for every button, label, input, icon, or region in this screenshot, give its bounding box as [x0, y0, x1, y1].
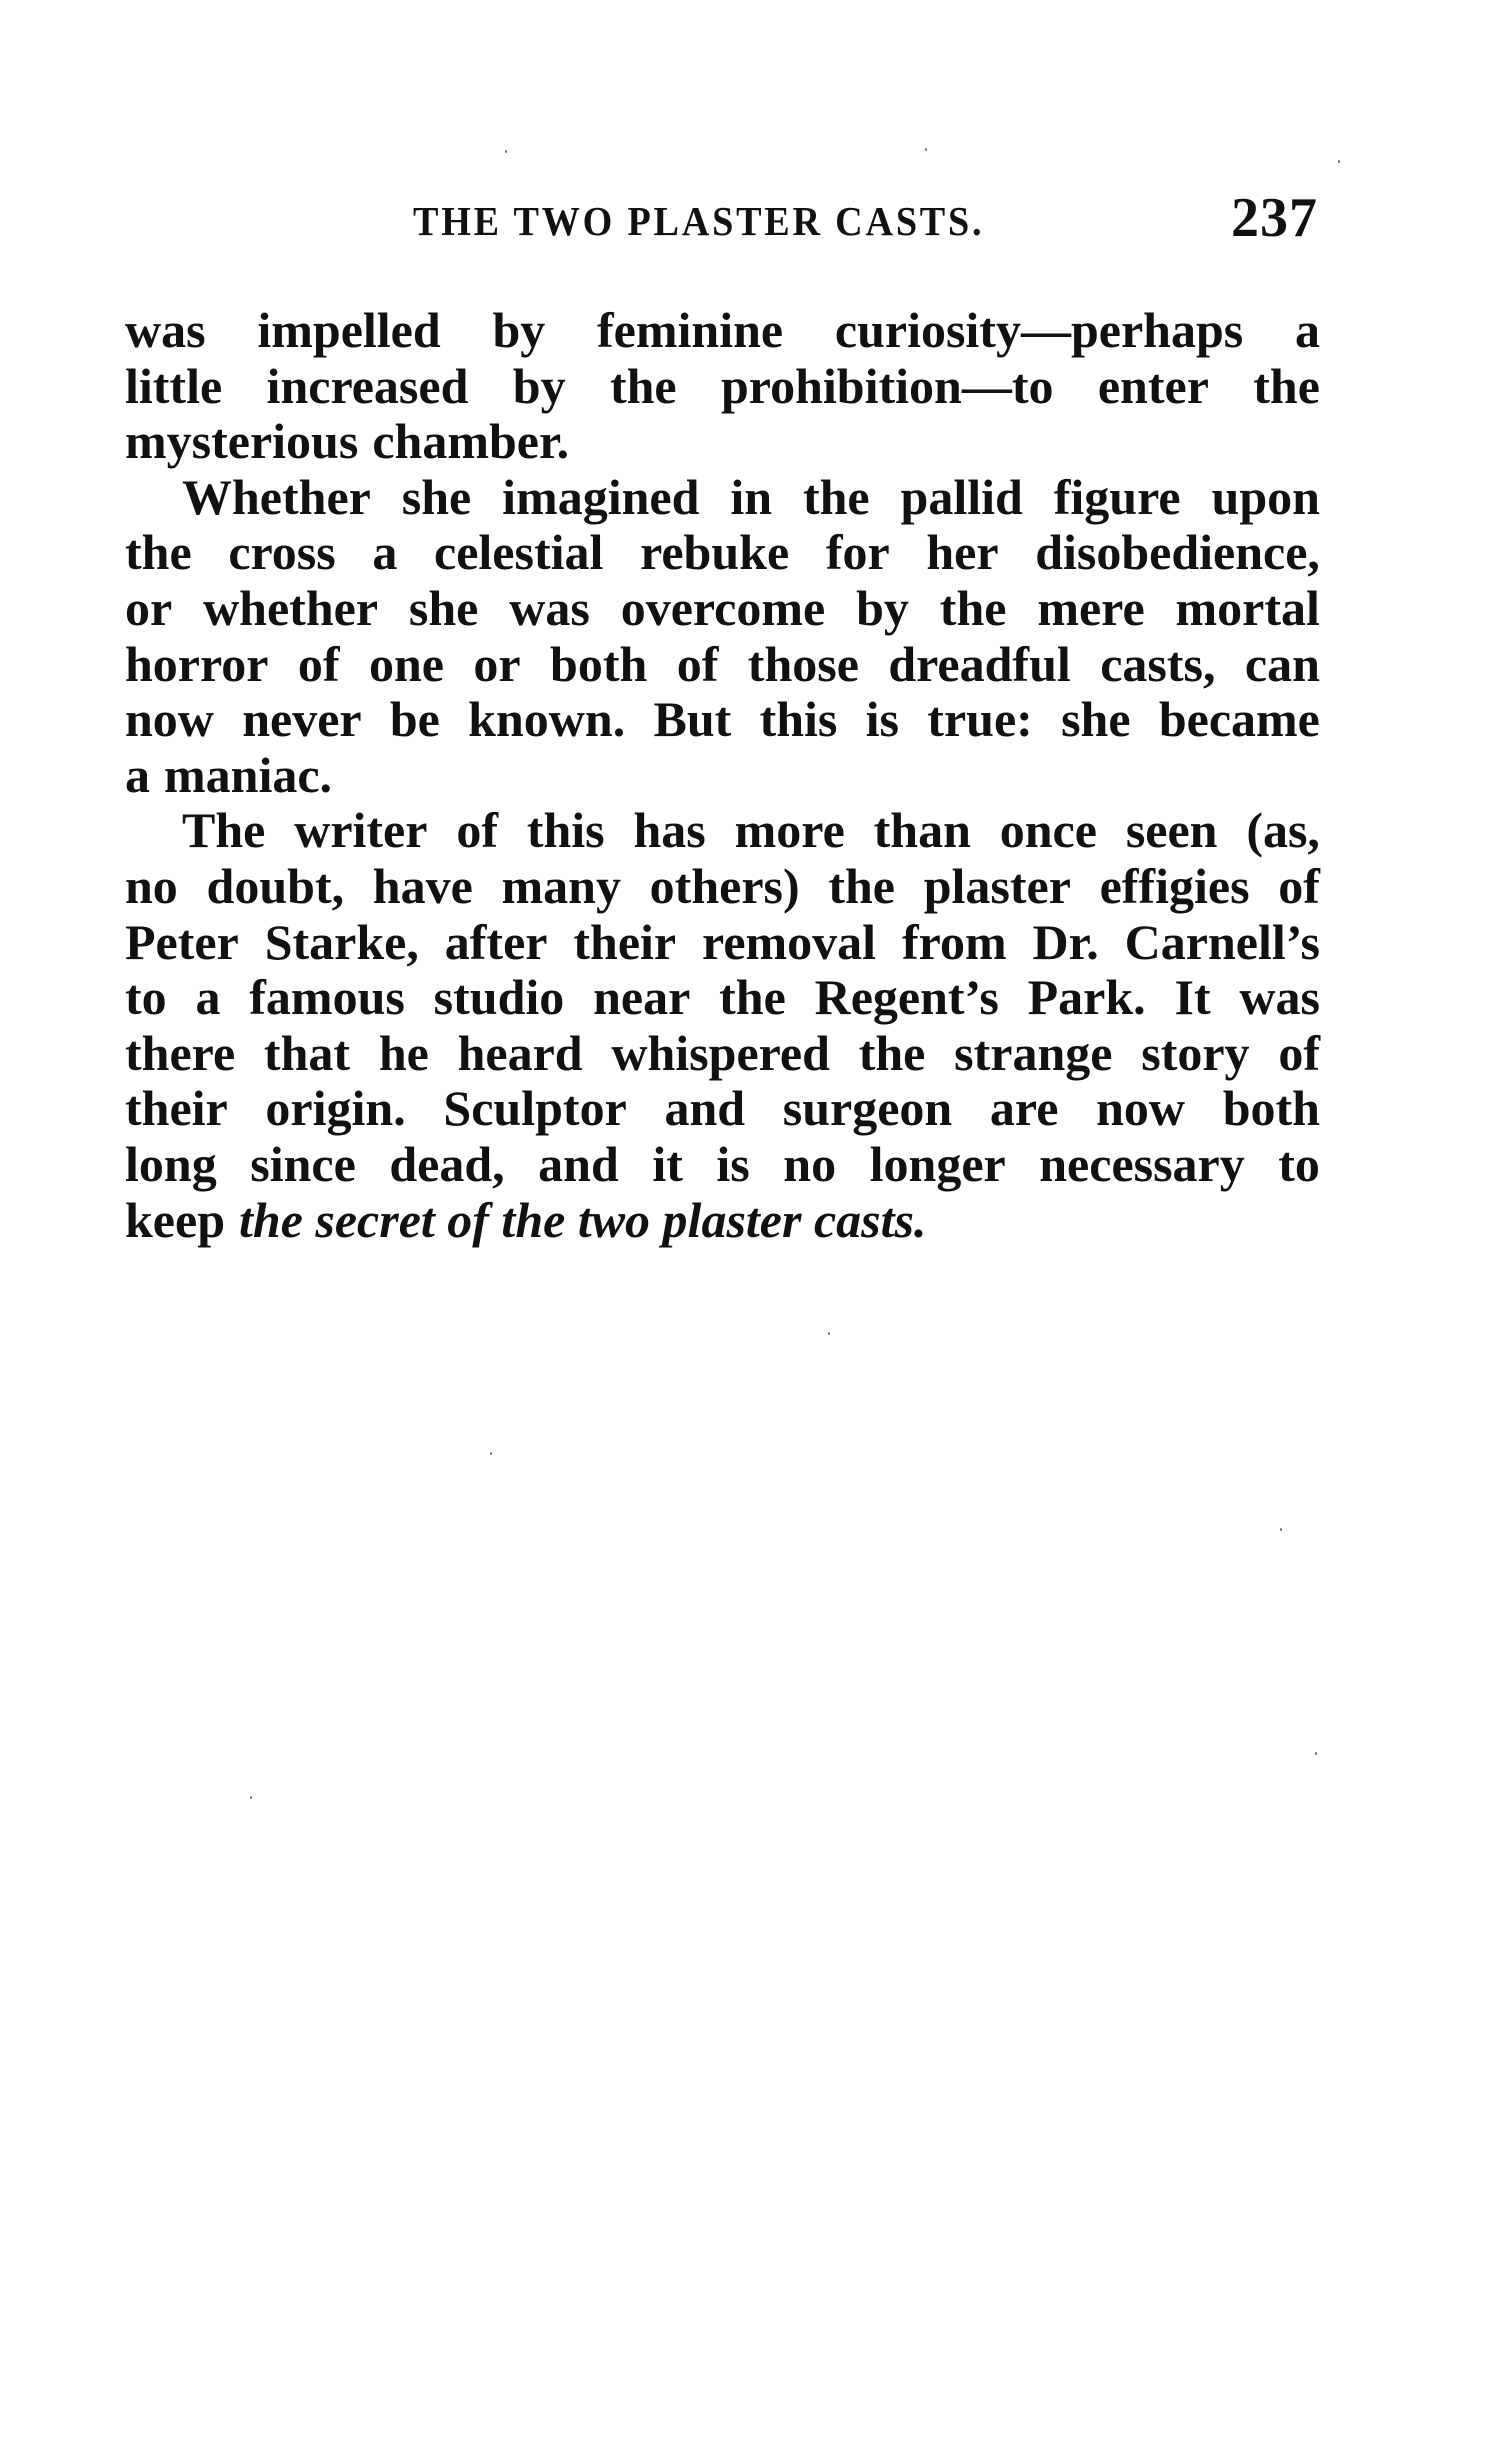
- text-line: horrorofoneorbothofthosedreadfulcasts,ca…: [125, 637, 1320, 693]
- word: increased: [267, 359, 469, 415]
- word: was: [1239, 970, 1320, 1026]
- word: a: [125, 748, 150, 804]
- text-line: nowneverbeknown.Butthisistrue:shebecame: [125, 692, 1320, 748]
- final-line-italic: the secret of the two plaster casts.: [239, 1193, 926, 1249]
- word: whether: [203, 581, 378, 637]
- word: once: [1000, 803, 1097, 859]
- text-line: wasimpelledbyfemininecuriosity—perhapsa: [125, 303, 1320, 359]
- word: there: [125, 1026, 235, 1082]
- final-text-line: keep the secret of the two plaster casts…: [125, 1193, 1320, 1249]
- word: chamber.: [372, 414, 569, 470]
- word: cross: [228, 525, 335, 581]
- word: celestial: [434, 525, 603, 581]
- word: Whether: [182, 470, 371, 526]
- word: But: [653, 692, 731, 748]
- running-title: THE TWO PLASTER CASTS.: [413, 196, 984, 246]
- word: heard: [458, 1026, 583, 1082]
- word: near: [593, 970, 690, 1026]
- word: the: [610, 359, 677, 415]
- word: casts,: [1100, 637, 1215, 693]
- word: doubt,: [207, 859, 345, 915]
- word: (as,: [1246, 803, 1320, 859]
- word: story: [1141, 1026, 1249, 1082]
- word: studio: [434, 970, 565, 1026]
- word: the: [719, 970, 786, 1026]
- word: be: [390, 692, 440, 748]
- word: Carnell’s: [1125, 915, 1320, 971]
- word: a: [195, 970, 220, 1026]
- word: Starke,: [265, 915, 419, 971]
- word: The: [182, 803, 265, 859]
- word: it: [652, 1137, 683, 1193]
- word: mortal: [1176, 581, 1320, 637]
- final-line-roman: keep: [125, 1193, 225, 1249]
- word: she: [1061, 692, 1130, 748]
- running-head: THE TWO PLASTER CASTS. 237: [125, 196, 1320, 246]
- word: since: [250, 1137, 356, 1193]
- text-line: thecrossacelestialrebukeforherdisobedien…: [125, 525, 1320, 581]
- word: prohibition—to: [721, 359, 1054, 415]
- word: to: [1278, 1137, 1320, 1193]
- word: that: [264, 1026, 350, 1082]
- word: this: [760, 692, 838, 748]
- word: disobedience,: [1035, 525, 1320, 581]
- word: Peter: [125, 915, 239, 971]
- text-line: PeterStarke,aftertheirremovalfromDr.Carn…: [125, 915, 1320, 971]
- text-line: theirorigin.Sculptorandsurgeonarenowboth: [125, 1081, 1320, 1137]
- word: surgeon: [783, 1081, 952, 1137]
- word: Park.: [1028, 970, 1146, 1026]
- word: It: [1174, 970, 1210, 1026]
- paragraph-3: Thewriterofthishasmorethanonceseen(as, n…: [125, 803, 1320, 1248]
- word: or: [473, 637, 520, 693]
- word: one: [369, 637, 444, 693]
- word: effigies: [1100, 859, 1250, 915]
- word: necessary: [1039, 1137, 1245, 1193]
- word: others): [650, 859, 800, 915]
- word: was: [125, 303, 206, 359]
- word: origin.: [265, 1081, 405, 1137]
- word: true:: [927, 692, 1033, 748]
- word: to: [125, 970, 167, 1026]
- word: Regent’s: [815, 970, 999, 1026]
- word: of: [1278, 1026, 1320, 1082]
- word: after: [445, 915, 548, 971]
- word: she: [402, 470, 471, 526]
- book-page: THE TWO PLASTER CASTS. 237 wasimpelledby…: [0, 0, 1512, 2454]
- word: both: [1223, 1081, 1320, 1137]
- scan-speck: [505, 150, 507, 153]
- word: are: [990, 1081, 1058, 1137]
- scan-speck: [1338, 160, 1340, 163]
- text-line: orwhethershewasovercomebythemeremortal: [125, 581, 1320, 637]
- word: strange: [954, 1026, 1112, 1082]
- word: both: [550, 637, 647, 693]
- word: the: [125, 525, 192, 581]
- word: those: [748, 637, 859, 693]
- text-line: Thewriterofthishasmorethanonceseen(as,: [125, 803, 1320, 859]
- word: more: [735, 803, 845, 859]
- word: rebuke: [640, 525, 789, 581]
- scan-speck: [1315, 1752, 1317, 1755]
- text-line: mysteriouschamber.: [125, 414, 1320, 470]
- word: dreadful: [888, 637, 1070, 693]
- scan-speck: [1280, 1528, 1282, 1531]
- word: a: [1295, 303, 1320, 359]
- word: horror: [125, 637, 268, 693]
- text-line: amaniac.: [125, 748, 1320, 804]
- word: no: [783, 1137, 836, 1193]
- word: no: [125, 859, 178, 915]
- word: maniac.: [164, 748, 332, 804]
- word: of: [456, 803, 498, 859]
- text-line: therethatheheardwhisperedthestrangestory…: [125, 1026, 1320, 1082]
- word: of: [298, 637, 340, 693]
- word: was: [509, 581, 590, 637]
- word: famous: [249, 970, 405, 1026]
- word: removal: [702, 915, 876, 971]
- word: her: [926, 525, 998, 581]
- text-line: nodoubt,havemanyothers)theplastereffigie…: [125, 859, 1320, 915]
- word: whispered: [611, 1026, 830, 1082]
- word: overcome: [621, 581, 826, 637]
- word: and: [538, 1137, 619, 1193]
- scan-speck: [250, 1796, 252, 1799]
- word: he: [379, 1026, 429, 1082]
- word: enter: [1098, 359, 1209, 415]
- word: plaster: [924, 859, 1071, 915]
- word: their: [573, 915, 676, 971]
- text-line: longsincedead,anditisnolongernecessaryto: [125, 1137, 1320, 1193]
- word: many: [502, 859, 621, 915]
- word: of: [1278, 859, 1320, 915]
- word: pallid: [901, 470, 1023, 526]
- word: figure: [1054, 470, 1181, 526]
- word: by: [513, 359, 566, 415]
- page-number: 237: [1231, 190, 1318, 246]
- word: the: [828, 859, 895, 915]
- word: can: [1245, 637, 1320, 693]
- word: mysterious: [125, 414, 358, 470]
- body-text: wasimpelledbyfemininecuriosity—perhapsa …: [125, 303, 1320, 1248]
- word: writer: [294, 803, 427, 859]
- word: dead,: [389, 1137, 504, 1193]
- word: and: [664, 1081, 745, 1137]
- scan-speck: [490, 1452, 492, 1455]
- text-line: Whethersheimaginedinthepallidfigureupon: [125, 470, 1320, 526]
- word: is: [866, 692, 899, 748]
- word: the: [859, 1026, 926, 1082]
- word: long: [125, 1137, 217, 1193]
- word: has: [634, 803, 706, 859]
- word: this: [527, 803, 605, 859]
- word: mere: [1037, 581, 1144, 637]
- word: by: [856, 581, 909, 637]
- word: never: [242, 692, 361, 748]
- word: from: [902, 915, 1007, 971]
- text-line: toafamousstudioneartheRegent’sPark.Itwas: [125, 970, 1320, 1026]
- word: for: [826, 525, 890, 581]
- word: their: [125, 1081, 228, 1137]
- word: imagined: [502, 470, 699, 526]
- word: Sculptor: [443, 1081, 626, 1137]
- word: by: [492, 303, 545, 359]
- word: the: [803, 470, 870, 526]
- word: than: [874, 803, 971, 859]
- word: she: [409, 581, 478, 637]
- word: curiosity—perhaps: [835, 303, 1243, 359]
- word: Dr.: [1033, 915, 1099, 971]
- word: the: [1253, 359, 1320, 415]
- word: is: [716, 1137, 749, 1193]
- word: seen: [1126, 803, 1218, 859]
- word: a: [372, 525, 397, 581]
- text-line: littleincreasedbytheprohibition—toentert…: [125, 359, 1320, 415]
- word: in: [730, 470, 772, 526]
- word: feminine: [597, 303, 783, 359]
- word: have: [373, 859, 473, 915]
- word: of: [677, 637, 719, 693]
- word: now: [1096, 1081, 1185, 1137]
- scan-speck: [828, 1332, 830, 1335]
- word: known.: [468, 692, 625, 748]
- scan-speck: [925, 148, 927, 151]
- word: upon: [1212, 470, 1320, 526]
- word: the: [940, 581, 1007, 637]
- word: now: [125, 692, 214, 748]
- paragraph-2: Whethersheimaginedinthepallidfigureupon …: [125, 470, 1320, 804]
- word: little: [125, 359, 222, 415]
- word: longer: [870, 1137, 1006, 1193]
- word: impelled: [257, 303, 440, 359]
- paragraph-1: wasimpelledbyfemininecuriosity—perhapsa …: [125, 303, 1320, 470]
- word: or: [125, 581, 172, 637]
- word: became: [1159, 692, 1320, 748]
